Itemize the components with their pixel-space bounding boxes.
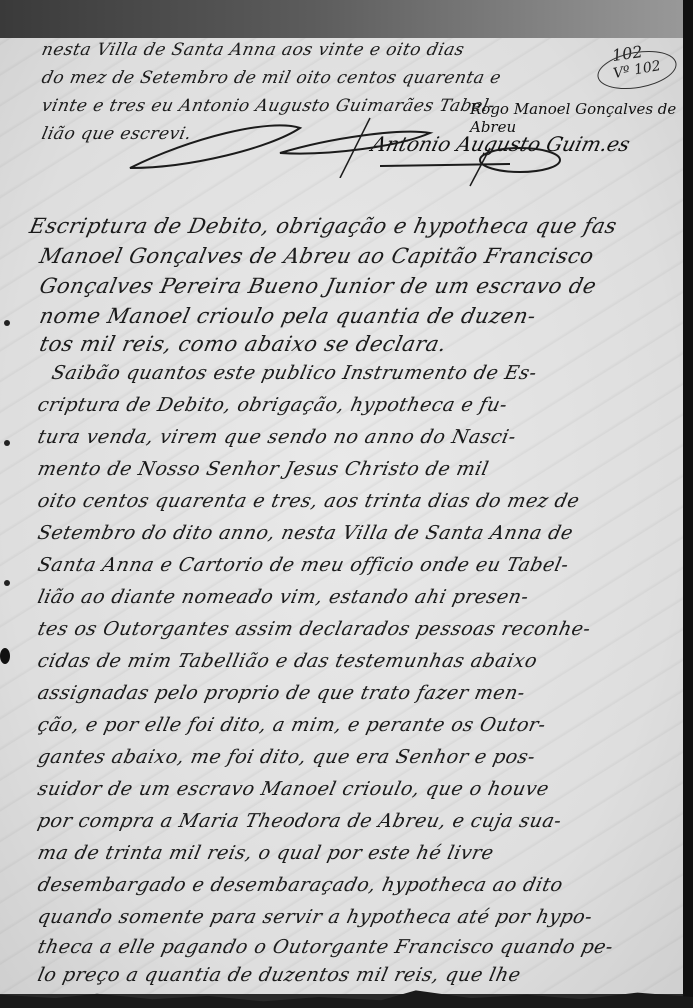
body-line-7: Santa Anna e Cartorio de meu officio ond…	[36, 554, 571, 576]
body-line-12: ção, e por elle foi dito, a mim, e peran…	[36, 714, 548, 736]
margin-dot	[4, 580, 10, 586]
margin-dot	[4, 320, 10, 326]
body-line-2: criptura de Debito, obrigação, hypotheca…	[36, 394, 510, 416]
scan-right-border	[683, 0, 693, 1008]
body-line-9: tes os Outorgantes assim declarados pess…	[36, 618, 593, 640]
body-line-10: cidas de mim Tabellião e das testemunhas…	[36, 650, 540, 672]
deed-title-line-4: nome Manoel crioulo pela quantia de duze…	[37, 304, 538, 328]
body-line-5: oito centos quarenta e tres, aos trinta …	[36, 490, 582, 512]
body-line-6: Setembro do dito anno, nesta Villa de Sa…	[36, 522, 576, 544]
body-line-18: quando somente para servir a hypotheca a…	[36, 906, 595, 928]
deed-title-line-2: Manoel Gonçalves de Abreu ao Capitão Fra…	[37, 244, 596, 268]
left-margin-marks	[4, 280, 18, 700]
margin-dot	[4, 440, 10, 446]
body-line-4: mento de Nosso Senhor Jesus Christo de m…	[36, 458, 491, 480]
scan-top-border	[0, 0, 693, 40]
manuscript-page: nesta Villa de Santa Anna aos vinte e oi…	[0, 38, 683, 994]
body-line-20: lo preço a quantia de duzentos mil reis,…	[36, 964, 523, 986]
body-line-1: Saibão quantos este publico Instrumento …	[50, 362, 539, 384]
body-line-11: assignadas pelo proprio de que trato faz…	[36, 682, 527, 704]
body-line-13: gantes abaixo, me foi dito, que era Senh…	[36, 746, 538, 768]
body-line-16: ma de trinta mil reis, o qual por este h…	[36, 842, 496, 864]
body-line-19: theca a elle pagando o Outorgante Franci…	[36, 936, 616, 958]
deed-title-line-1: Escriptura de Debito, obrigação e hypoth…	[27, 214, 619, 238]
signature-flourish-right	[370, 138, 600, 188]
body-line-3: tura venda, virem que sendo no anno do N…	[36, 426, 519, 448]
body-line-15: por compra a Maria Theodora de Abreu, e …	[36, 810, 564, 832]
deed-title-line-5: tos mil reis, como abaixo se declara.	[37, 332, 448, 356]
body-line-14: suidor de um escravo Manoel crioulo, que…	[36, 778, 551, 800]
body-line-17: desembargado e desembaraçado, hypotheca …	[36, 874, 565, 896]
witness-rogo-mark: Rogo Manoel Gonçalves de Abreu	[470, 100, 683, 136]
binding-hole	[0, 648, 10, 664]
closing-line-2: do mez de Setembro de mil oito centos qu…	[40, 68, 503, 88]
body-line-8: lião ao diante nomeado vim, estando ahi …	[36, 586, 531, 608]
deed-title-line-3: Gonçalves Pereira Bueno Junior de um esc…	[37, 274, 598, 298]
closing-line-1: nesta Villa de Santa Anna aos vinte e oi…	[40, 40, 466, 60]
